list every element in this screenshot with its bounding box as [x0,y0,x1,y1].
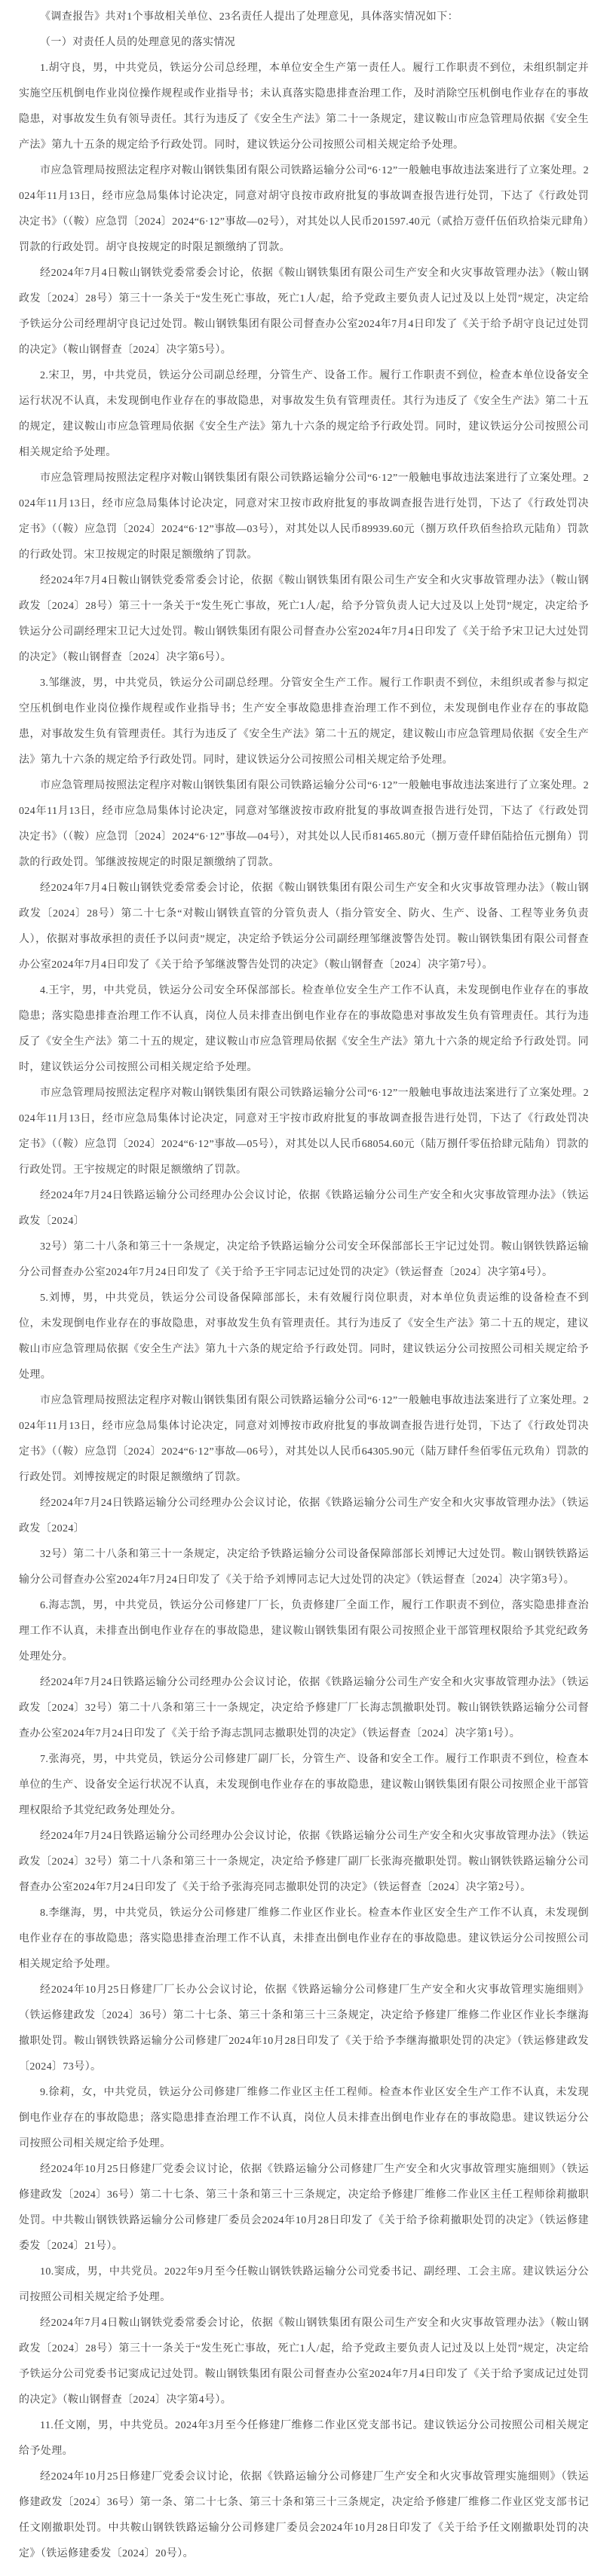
paragraph: 经2024年10月25日修建厂党委会议讨论，依据《铁路运输分公司修建厂生产安全和… [19,2157,589,2259]
paragraph: 经2024年7月24日铁路运输分公司经理办公会议讨论，依据《铁路运输分公司生产安… [19,1491,589,1542]
paragraph: 经2024年10月25日修建厂厂长办公会议讨论，依据《铁路运输分公司修建厂生产安… [19,1978,589,2080]
paragraph: 5.刘博，男，中共党员，铁运分公司设备保障部部长，未有效履行岗位职责，对本单位负… [19,1286,589,1388]
paragraph: 市应急管理局按照法定程序对鞍山钢铁集团有限公司铁路运输分公司“6·12”一般触电… [19,773,589,876]
paragraph: 经2024年7月24日铁路运输分公司经理办公会议讨论，依据《铁路运输分公司生产安… [19,1183,589,1234]
section-heading: （一）对责任人员的处理意见的落实情况 [19,30,589,56]
paragraph: 经2024年7月4日鞍山钢铁党委常委会讨论，依据《鞍山钢铁集团有限公司生产安全和… [19,568,589,671]
paragraph: 9.徐莉，女，中共党员，铁运分公司修建厂维修二作业区主任工程师。检查本作业区安全… [19,2080,589,2157]
paragraph: 经2024年7月4日鞍山钢铁党委常委会讨论，依据《鞍山钢铁集团有限公司生产安全和… [19,261,589,363]
paragraph: 2.宋卫，男，中共党员，铁运分公司副总经理，分管生产、设备工作。履行工作职责不到… [19,363,589,466]
paragraph: 经2024年10月25日修建厂党委会议讨论，依据《铁路运输分公司修建厂生产安全和… [19,2464,589,2567]
paragraph: 10.窦成，男，中共党员。2022年9月至今任鞍山钢铁铁路运输分公司党委书记、副… [19,2259,589,2311]
paragraph: 经2024年7月24日铁路运输分公司经理办公会议讨论，依据《铁路运输分公司生产安… [19,1824,589,1901]
paragraph: 32号）第二十八条和第三十一条规定，决定给予铁路运输分公司设备保障部部长刘博记大… [19,1542,589,1593]
paragraph: 3.邹继波，男，中共党员，铁运分公司副总经理。分管安全生产工作。履行工作职责不到… [19,671,589,773]
intro-paragraph: 《调查报告》共对1个事故相关单位、23名责任人提出了处理意见，具体落实情况如下： [19,5,589,30]
paragraph: 经2024年7月4日鞍山钢铁党委常委会讨论，依据《鞍山钢铁集团有限公司生产安全和… [19,2311,589,2413]
paragraph: 经2024年7月4日鞍山钢铁党委常委会讨论，依据《鞍山钢铁集团有限公司生产安全和… [19,876,589,978]
paragraph: 市应急管理局按照法定程序对鞍山钢铁集团有限公司铁路运输分公司“6·12”一般触电… [19,158,589,261]
paragraph: 4.王宇，男，中共党员，铁运分公司安全环保部部长。检查单位安全生产工作不认真，未… [19,978,589,1081]
paragraph: 8.李继海，男，中共党员，铁运分公司修建厂维修二作业区作业长。检查本作业区安全生… [19,1901,589,1978]
paragraph: 市应急管理局按照法定程序对鞍山钢铁集团有限公司铁路运输分公司“6·12”一般触电… [19,1081,589,1183]
paragraph: 市应急管理局按照法定程序对鞍山钢铁集团有限公司铁路运输分公司“6·12”一般触电… [19,466,589,568]
paragraph: 7.张海亮，男，中共党员，铁运分公司修建厂副厂长，分管生产、设备和安全工作。履行… [19,1747,589,1824]
paragraph: 市应急管理局按照法定程序对鞍山钢铁集团有限公司铁路运输分公司“6·12”一般触电… [19,1388,589,1491]
paragraph: 32号）第二十八条和第三十一条规定，决定给予铁路运输分公司安全环保部部长王宇记过… [19,1234,589,1286]
paragraph: 6.海志凯，男，中共党员，铁运分公司修建厂厂长，负责修建厂全面工作，履行工作职责… [19,1593,589,1670]
document-body: 《调查报告》共对1个事故相关单位、23名责任人提出了处理意见，具体落实情况如下：… [0,0,616,2576]
paragraph: 11.任文刚，男，中共党员。2024年3月至今任修建厂维修二作业区党支部书记。建… [19,2413,589,2464]
paragraph: 1.胡守良，男，中共党员，铁运分公司总经理，本单位安全生产第一责任人。履行工作职… [19,56,589,158]
paragraph: 经2024年7月24日铁路运输分公司经理办公会议讨论，依据《铁路运输分公司生产安… [19,1670,589,1747]
